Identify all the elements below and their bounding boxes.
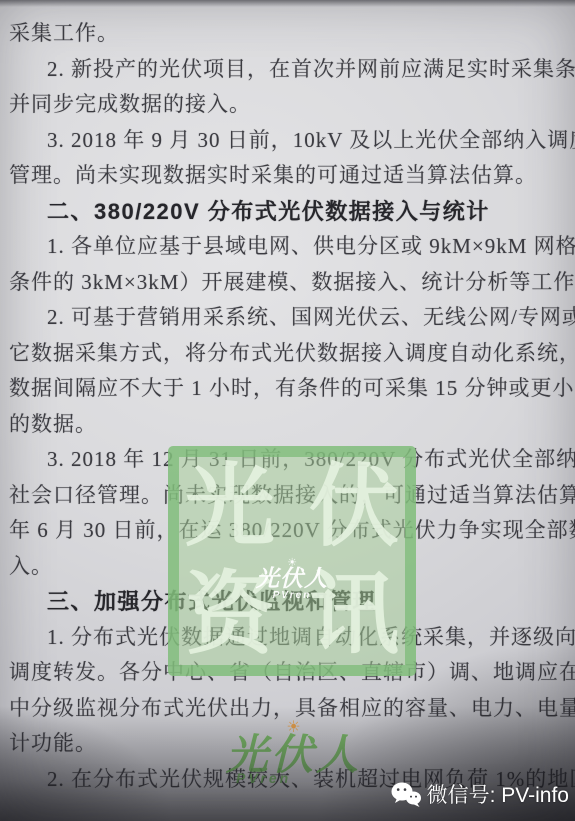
- pvren-logo-large: ☀ 光伏人 PVren: [226, 722, 361, 785]
- photographed-document-page: 采集工作。 2. 新投产的光伏项目，在首次并网前应满足实时采集条件， 并同步完成…: [0, 0, 575, 821]
- document-line: 1. 各单位应基于县域电网、供电分区或 9kM×9kM 网格（有: [9, 229, 567, 265]
- document-line: 并同步完成数据的接入。: [9, 87, 567, 123]
- document-line: 数据间隔应不大于 1 小时，有条件的可采集 15 分钟或更小间隔: [9, 371, 567, 407]
- watermark-glyph: 伏: [309, 459, 399, 555]
- document-line: 3. 2018 年 9 月 30 日前，10kV 及以上光伏全部纳入调度口径: [9, 123, 567, 159]
- wechat-icon: [390, 781, 422, 808]
- document-line: 的数据。: [9, 407, 567, 443]
- wechat-watermark: 微信号: PV-info: [390, 779, 569, 809]
- document-line: 采集工作。: [9, 16, 567, 52]
- watermark-row-top: 光 伏: [185, 459, 399, 555]
- document-line: 2. 可基于营销用采系统、国网光伏云、无线公网/专网或其: [9, 300, 567, 336]
- pvren-logo-text: 光伏人: [256, 567, 328, 590]
- document-line: 2. 新投产的光伏项目，在首次并网前应满足实时采集条件，: [9, 52, 567, 88]
- watermark-glyph: 光: [185, 459, 275, 555]
- document-line: 条件的 3kM×3kM）开展建模、数据接入、统计分析等工作。: [9, 265, 567, 301]
- wechat-id-label: 微信号: PV-info: [427, 779, 569, 809]
- document-text-column: 采集工作。 2. 新投产的光伏项目，在首次并网前应满足实时采集条件， 并同步完成…: [9, 16, 567, 797]
- section-heading: 二、380/220V 分布式光伏数据接入与统计: [9, 194, 567, 230]
- pvren-logo-small: ☀ 光伏人 PVren: [256, 559, 328, 601]
- pvren-logo-subtext: PVren: [256, 591, 328, 601]
- watermark-stamp: 光 伏 资 讯 ☀ 光伏人 PVren: [168, 446, 416, 676]
- document-line: 它数据采集方式，将分布式光伏数据接入调度自动化系统，采集: [9, 336, 567, 372]
- document-line: 管理。尚未实现数据实时采集的可通过适当算法估算。: [9, 158, 567, 194]
